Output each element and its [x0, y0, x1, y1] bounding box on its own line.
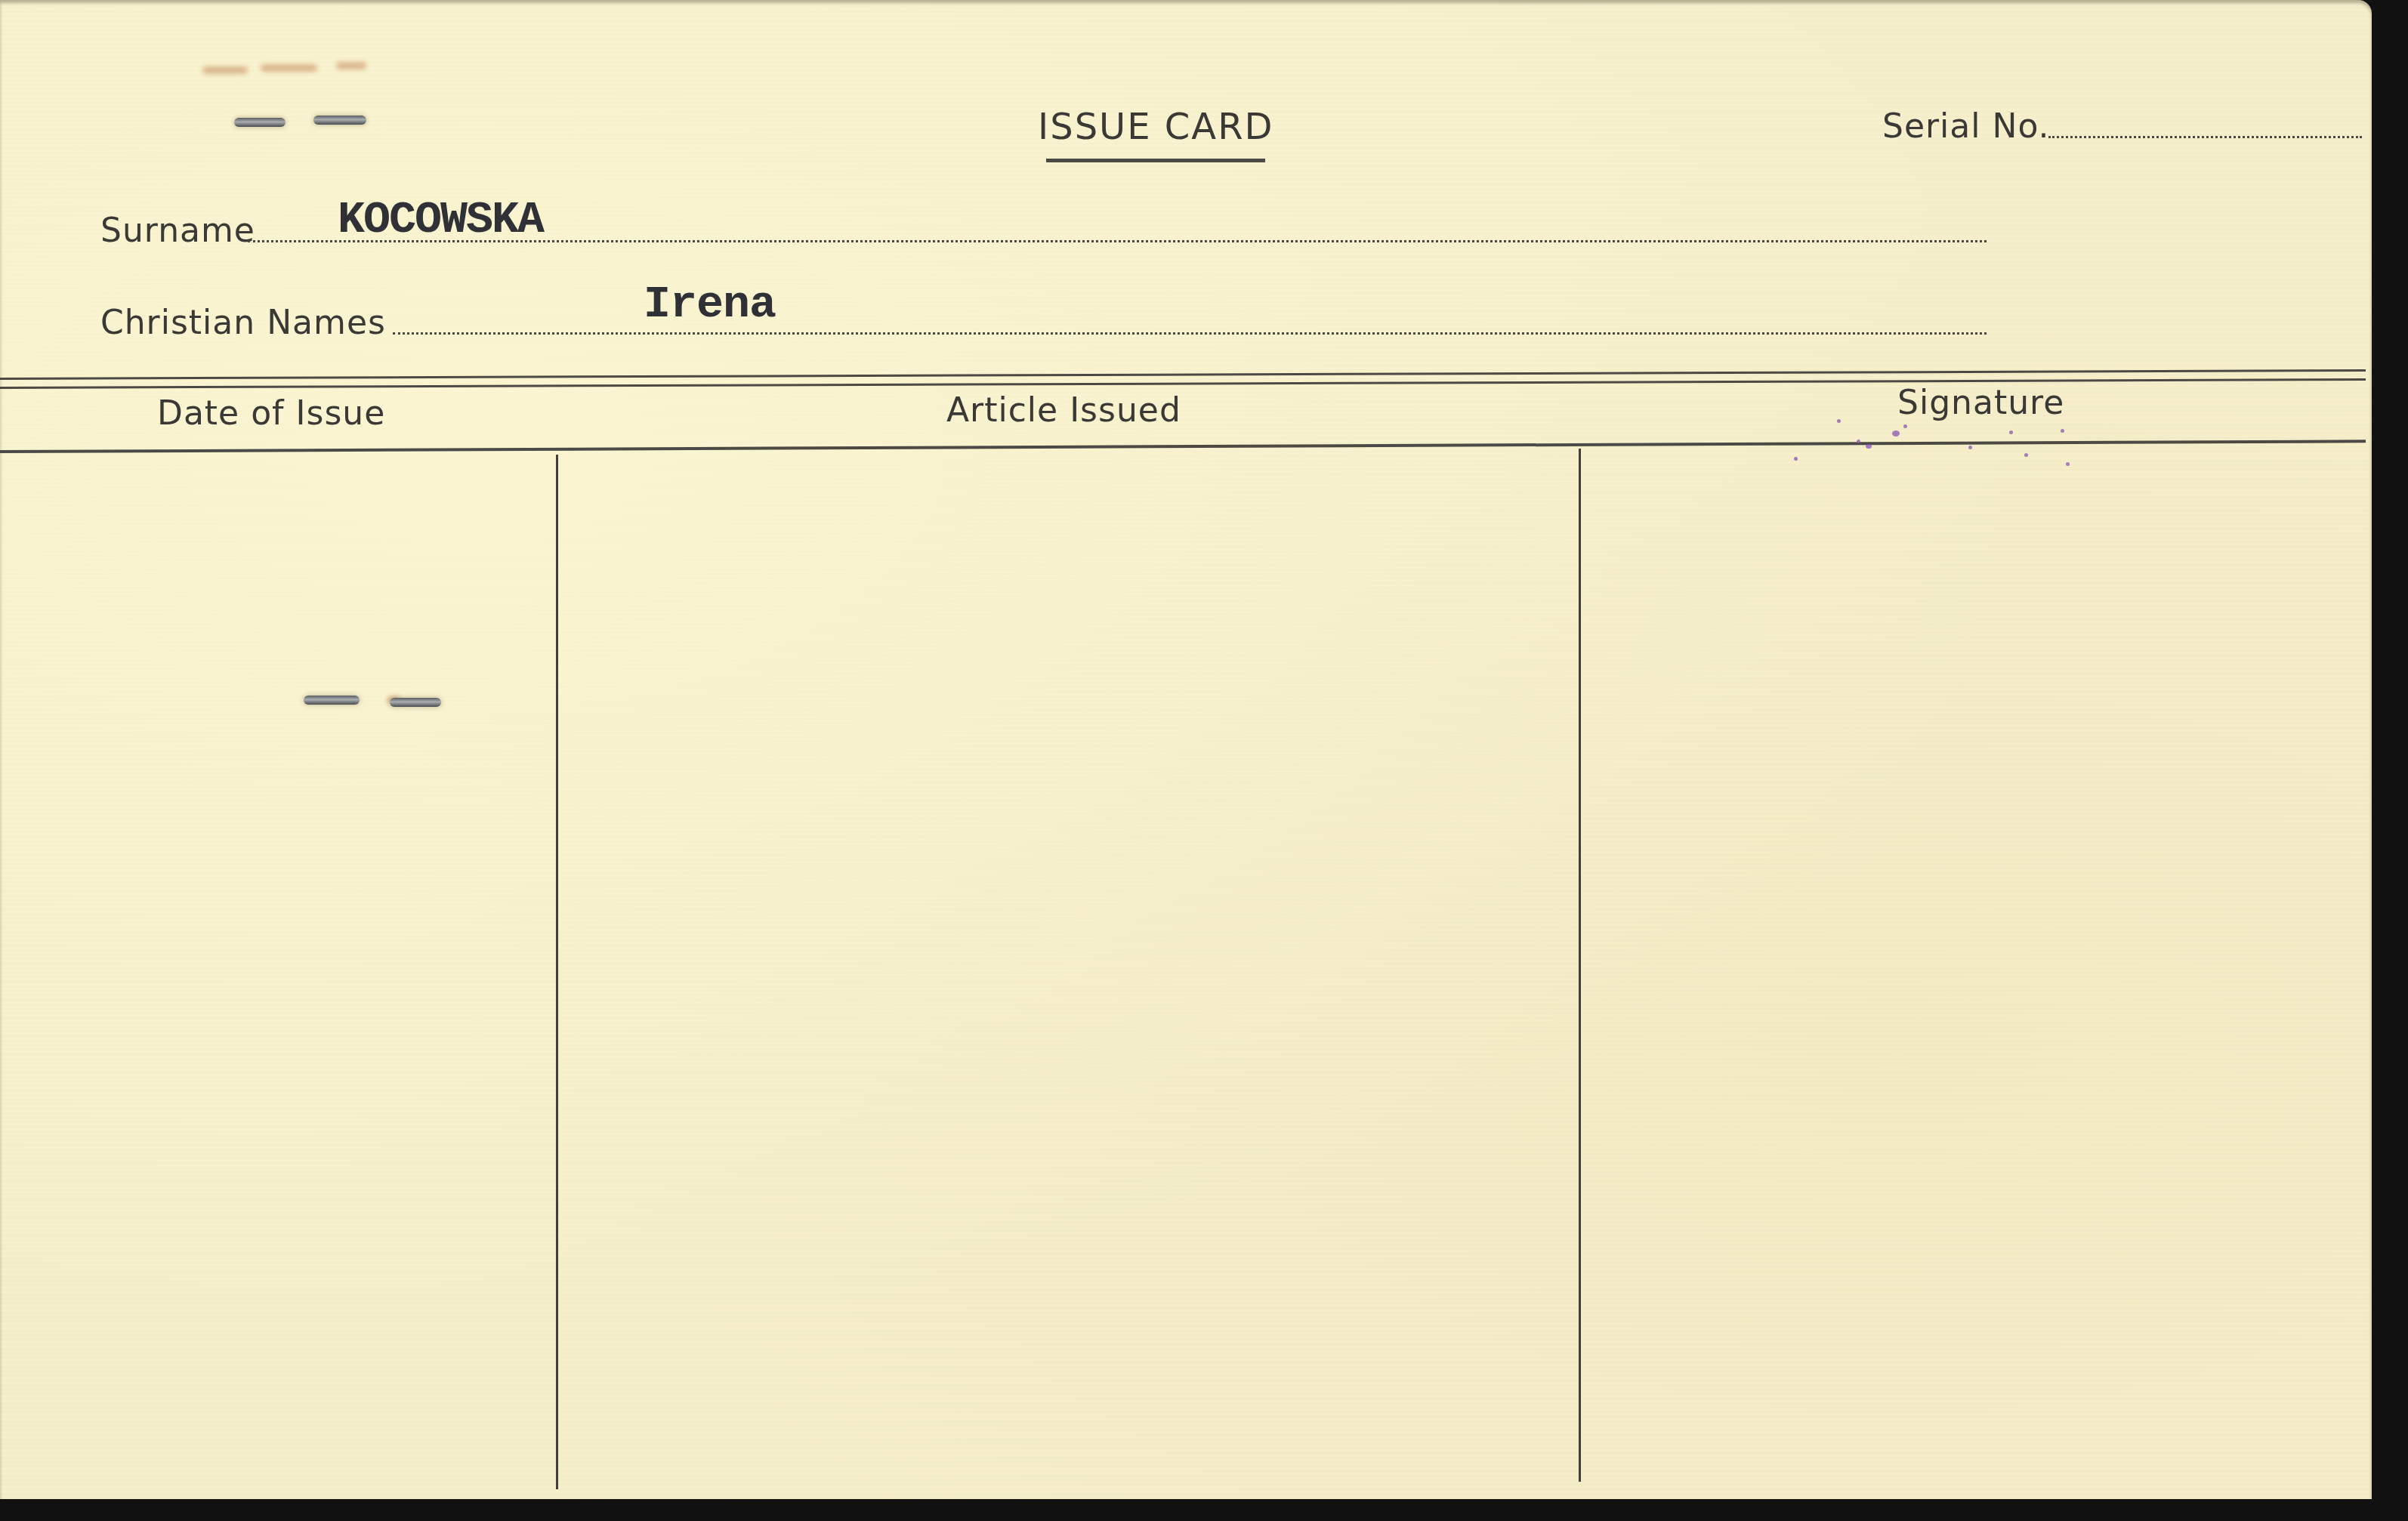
header-double-rule-top [0, 369, 2366, 380]
ink-speck [1837, 419, 1841, 423]
ink-speck [2009, 430, 2013, 434]
card-title: ISSUE CARD [1038, 106, 1273, 148]
ink-speck [1903, 424, 1907, 428]
ink-speck [1892, 430, 1900, 437]
serial-no-field[interactable] [2048, 136, 2362, 138]
staple-icon [313, 116, 366, 125]
surname-label: Surname [100, 211, 255, 250]
signature-column[interactable] [1581, 449, 2366, 1489]
ink-speck [1857, 440, 1860, 443]
issue-card: ISSUE CARD Serial No. Surname KOCOWSKA C… [0, 0, 2372, 1499]
serial-no-label: Serial No. [1882, 107, 2050, 146]
ink-speck [2061, 429, 2064, 433]
staple-icon [304, 696, 360, 705]
rust-stain [336, 62, 366, 69]
surname-value: KOCOWSKA [338, 195, 543, 246]
rust-stain [261, 64, 317, 72]
staple-icon [234, 118, 286, 127]
christian-names-label: Christian Names [100, 304, 386, 342]
column-header-signature: Signature [1897, 384, 2064, 422]
column-header-article-issued: Article Issued [946, 391, 1181, 430]
christian-names-value: Irena [644, 279, 776, 331]
article-issued-column[interactable] [558, 455, 1579, 1489]
title-underline [1046, 159, 1265, 162]
date-of-issue-column[interactable] [0, 455, 556, 1489]
column-header-date-of-issue: Date of Issue [157, 394, 385, 433]
rust-stain [202, 66, 248, 74]
staple-icon [390, 698, 441, 707]
christian-names-field[interactable] [393, 332, 1987, 335]
